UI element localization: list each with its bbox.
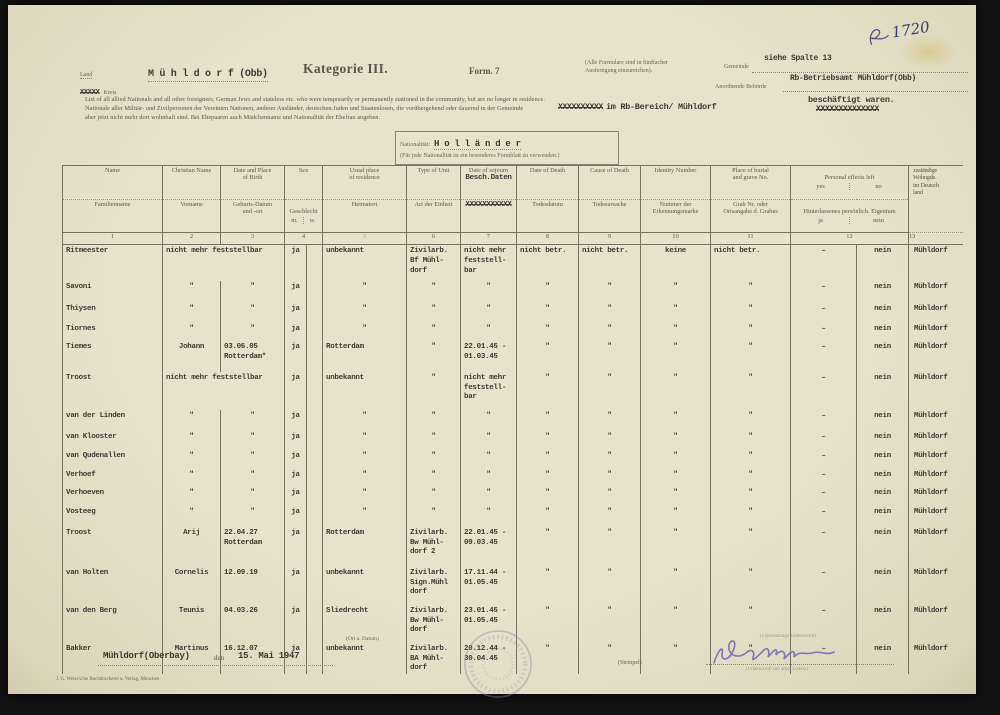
- table-cell: nein: [857, 372, 909, 410]
- table-row: van Klooster""ja"""""""–neinMühldorf: [63, 431, 963, 450]
- table-cell: ": [163, 469, 221, 487]
- table-cell: ": [579, 469, 641, 487]
- col-burial-en: Place of burial and grave No.: [711, 166, 791, 200]
- table-cell: ": [579, 487, 641, 506]
- table-cell: ": [461, 323, 517, 341]
- circular-stamp: [457, 626, 539, 702]
- col-wohngemeinde-typed: zuständige Wohngde. im Deutsch land: [909, 166, 963, 233]
- table-cell: ": [407, 431, 461, 450]
- table-cell: unbekannt: [323, 567, 407, 605]
- table-cell: ": [323, 410, 407, 431]
- table-cell: [307, 450, 323, 469]
- table-cell: ": [641, 303, 711, 323]
- table-cell: Mühldorf: [909, 605, 963, 643]
- table-cell: unbekannt: [323, 643, 407, 674]
- table-cell: nein: [857, 567, 909, 605]
- table-cell: Mühldorf: [909, 372, 963, 410]
- table-cell: Troost: [63, 372, 163, 410]
- col-identity-en: Identity Number: [641, 166, 711, 200]
- table-cell: [307, 372, 323, 410]
- table-cell: ": [323, 431, 407, 450]
- table-cell: unbekannt: [323, 245, 407, 281]
- table-cell: ja: [285, 450, 307, 469]
- table-cell: Mühldorf: [909, 245, 963, 281]
- table-cell: –: [791, 527, 857, 567]
- table-cell: ": [323, 487, 407, 506]
- table-cell: ja: [285, 410, 307, 431]
- table-cell: ": [407, 469, 461, 487]
- date-value: 15. Mai 1947: [238, 651, 299, 661]
- intro-insert-2: beschäftigt waren.: [808, 95, 894, 105]
- table-row: van HoltenCornelis12.09.19jaunbekanntZiv…: [63, 567, 963, 605]
- table-cell: ": [641, 567, 711, 605]
- land-label: Land: [80, 72, 92, 79]
- table-cell: Mühldorf: [909, 487, 963, 506]
- table-cell: Mühldorf: [909, 506, 963, 527]
- table-cell: 12.09.19: [221, 567, 285, 605]
- table-cell: ": [641, 281, 711, 303]
- sex-m-label: m.: [286, 217, 303, 224]
- col-christian-en: Christian Name: [163, 166, 221, 200]
- table-cell: Tiemes: [63, 341, 163, 372]
- table-cell: ": [163, 506, 221, 527]
- table-cell: Vosteeg: [63, 506, 163, 527]
- intro-struck-2: XXXXXXXXXXXXXX: [816, 105, 879, 114]
- table-cell: 22.04.27 Rotterdam: [221, 527, 285, 567]
- nationality-label: Nationalität:: [400, 142, 430, 148]
- table-cell: nein: [857, 431, 909, 450]
- behoerde-label: Anordnende Behörde: [715, 84, 766, 92]
- table-cell: –: [791, 469, 857, 487]
- table-row: Tiornes""ja"""""""–neinMühldorf: [63, 323, 963, 341]
- table-cell: Rotterdam: [323, 527, 407, 567]
- stempel-label: (Stempel): [618, 660, 642, 668]
- col-number: 4: [285, 233, 323, 245]
- col-christian-de: Vorname: [163, 199, 221, 233]
- col-residence-de: Heimatort: [323, 199, 407, 233]
- table-cell: ": [641, 643, 711, 674]
- col-number: 8: [517, 233, 579, 245]
- table-cell: –: [791, 281, 857, 303]
- table-cell: nein: [857, 450, 909, 469]
- table-cell: Mühldorf: [909, 341, 963, 372]
- table-cell: ": [641, 410, 711, 431]
- table-cell: ": [461, 469, 517, 487]
- table-cell: ": [579, 410, 641, 431]
- table-cell: ": [221, 506, 285, 527]
- table-cell: ": [579, 506, 641, 527]
- table-cell: ": [163, 431, 221, 450]
- table-cell: –: [791, 431, 857, 450]
- table-cell: ": [461, 450, 517, 469]
- col-sex-en: Sex: [285, 166, 323, 200]
- table-cell: ": [461, 281, 517, 303]
- table-cell: [307, 341, 323, 372]
- table-row: Savoni""ja"""""""–neinMühldorf: [63, 281, 963, 303]
- col-number: 12: [791, 233, 909, 245]
- table-cell: ja: [285, 487, 307, 506]
- table-row: van der Linden""ja"""""""–neinMühldorf: [63, 410, 963, 431]
- col-unit-de: Art der Einheit: [407, 199, 461, 233]
- table-cell: Mühldorf: [909, 431, 963, 450]
- col-sojourn-en: Date of sojournBesch.Daten: [461, 166, 517, 200]
- table-cell: ": [517, 281, 579, 303]
- table-cell: ja: [285, 605, 307, 643]
- table-cell: –: [791, 372, 857, 410]
- effects-yes-label: yes: [792, 183, 849, 190]
- table-cell: ": [221, 281, 285, 303]
- table-header-row-de: Familienname Vorname Geburts-Datum und -…: [63, 199, 963, 233]
- table-cell: [307, 527, 323, 567]
- table-cell: ": [641, 487, 711, 506]
- ort-datum-label: (Ort u. Datum): [346, 636, 379, 643]
- table-cell: Ritmeester: [63, 245, 163, 281]
- table-cell: ja: [285, 469, 307, 487]
- table-cell: nein: [857, 303, 909, 323]
- table-cell: Mühldorf: [909, 323, 963, 341]
- intro-insert-1: im Rb-Bereich/ Mühldorf: [606, 102, 716, 112]
- table-row: Ritmeesternicht mehr feststellbarjaunbek…: [63, 245, 963, 281]
- table-cell: ": [517, 469, 579, 487]
- table-cell: Rotterdam: [323, 341, 407, 372]
- table-row: Vosteeg""ja"""""""–neinMühldorf: [63, 506, 963, 527]
- table-cell: nein: [857, 341, 909, 372]
- table-cell: nein: [857, 527, 909, 567]
- effects-ja-label: ja: [792, 217, 849, 224]
- col-number: 6: [407, 233, 461, 245]
- table-cell: Verhoef: [63, 469, 163, 487]
- col-death-cause-de: Todesursache: [579, 199, 641, 233]
- table-cell: Arij: [163, 527, 221, 567]
- table-cell: Mühldorf: [909, 469, 963, 487]
- table-cell: ": [163, 450, 221, 469]
- nationality-box: Nationalität: H o l l ä n d e r (Für jed…: [395, 131, 619, 165]
- table-cell: 04.03.26: [221, 605, 285, 643]
- table-cell: 22.01.45 - 01.03.45: [461, 341, 517, 372]
- table-cell: [307, 567, 323, 605]
- table-cell: nein: [857, 281, 909, 303]
- table-cell: ": [711, 303, 791, 323]
- table-cell: ": [579, 643, 641, 674]
- table-cell: ": [163, 487, 221, 506]
- col-number: 2: [163, 233, 221, 245]
- table-cell: –: [791, 323, 857, 341]
- table-cell: ": [711, 487, 791, 506]
- table-cell: [307, 643, 323, 674]
- table-cell: ": [221, 450, 285, 469]
- table-cell: [307, 506, 323, 527]
- signature-label-bottom: (Unterschrift des amtl. Leiters): [746, 667, 808, 673]
- col-number: 10: [641, 233, 711, 245]
- table-cell: ": [461, 431, 517, 450]
- table-cell: ": [163, 410, 221, 431]
- signature: [708, 630, 898, 672]
- table-cell: nein: [857, 410, 909, 431]
- table-cell: ja: [285, 303, 307, 323]
- table-cell: ": [517, 341, 579, 372]
- form-note: (Alle Formulare sind in fünffacher Ausfe…: [585, 60, 668, 75]
- table-cell: nein: [857, 487, 909, 506]
- table-cell: ": [407, 506, 461, 527]
- table-cell: ": [323, 469, 407, 487]
- col-number: 5: [323, 233, 407, 245]
- col-number: 1: [63, 233, 163, 245]
- table-cell: [307, 469, 323, 487]
- table-cell: Mühldorf: [909, 643, 963, 674]
- table-cell: nicht mehr feststellbar: [163, 245, 285, 281]
- table-cell: ": [711, 506, 791, 527]
- den-label: den: [214, 654, 224, 662]
- table-cell: [307, 281, 323, 303]
- col-unit-en: Type of Unit: [407, 166, 461, 200]
- col-effects-de: Hinterlassenes persönlich. Eigentum jane…: [791, 199, 909, 233]
- table-body: Ritmeesternicht mehr feststellbarjaunbek…: [63, 245, 963, 674]
- table-cell: –: [791, 245, 857, 281]
- table-cell: ": [323, 281, 407, 303]
- col-number: 7: [461, 233, 517, 245]
- table-cell: ": [517, 487, 579, 506]
- table-cell: ": [323, 303, 407, 323]
- table-cell: Mühldorf: [909, 567, 963, 605]
- nationality-value: H o l l ä n d e r: [434, 139, 521, 150]
- table-cell: ": [711, 450, 791, 469]
- table-cell: ": [517, 372, 579, 410]
- table-cell: ja: [285, 341, 307, 372]
- land-kreis-block: Land XXXXX Kreis: [80, 63, 117, 99]
- table-cell: ": [407, 410, 461, 431]
- table-cell: ": [641, 450, 711, 469]
- ort-value: Mühldorf(Oberbay): [103, 651, 190, 661]
- table-cell: ": [221, 487, 285, 506]
- table-cell: ja: [285, 567, 307, 605]
- col-death-date-en: Date of Death: [517, 166, 579, 200]
- gemeinde-rule: [752, 71, 968, 73]
- table-cell: Zivilarb. Bw Mühl- dorf: [407, 605, 461, 643]
- col-sex-de: Geschlecht m.w.: [285, 199, 323, 233]
- table-cell: ": [461, 410, 517, 431]
- table-cell: ": [579, 372, 641, 410]
- table-cell: ja: [285, 323, 307, 341]
- col-residence-en: Usual place of residence: [323, 166, 407, 200]
- col-effects-en: Personal effects left yesno: [791, 166, 909, 200]
- table-cell: ": [517, 567, 579, 605]
- table-cell: ja: [285, 506, 307, 527]
- table-cell: ": [579, 323, 641, 341]
- table-cell: nicht betr.: [517, 245, 579, 281]
- gemeinde-label: Gemeinde: [724, 64, 749, 72]
- table-cell: Johann: [163, 341, 221, 372]
- table-cell: [307, 303, 323, 323]
- table-cell: ": [517, 431, 579, 450]
- table-cell: van den Berg: [63, 605, 163, 643]
- col-death-date-de: Todesdatum: [517, 199, 579, 233]
- table-row: Thiysen""ja"""""""–neinMühldorf: [63, 303, 963, 323]
- table-cell: ": [579, 303, 641, 323]
- table-cell: ": [579, 567, 641, 605]
- table-cell: ": [461, 487, 517, 506]
- col-number: 9: [579, 233, 641, 245]
- table-cell: van der Linden: [63, 410, 163, 431]
- table-cell: ": [641, 372, 711, 410]
- table-cell: ": [517, 450, 579, 469]
- table-cell: –: [791, 303, 857, 323]
- table-cell: nein: [857, 506, 909, 527]
- table-cell: van Qudenallen: [63, 450, 163, 469]
- col-number: 11: [711, 233, 791, 245]
- table-cell: ": [641, 323, 711, 341]
- table-cell: nicht betr.: [579, 245, 641, 281]
- table-cell: ": [517, 506, 579, 527]
- table-cell: ": [579, 431, 641, 450]
- col-burial-de: Grab Nr. oder Ortsangabe d. Grabes: [711, 199, 791, 233]
- table-cell: ": [461, 303, 517, 323]
- table-cell: ": [711, 431, 791, 450]
- table-cell: ": [641, 605, 711, 643]
- table-cell: –: [791, 567, 857, 605]
- table-cell: ": [221, 303, 285, 323]
- table-cell: nein: [857, 245, 909, 281]
- table-cell: ": [407, 450, 461, 469]
- col-sojourn-struck: XXXXXXXXXXX: [461, 199, 517, 233]
- table-cell: ": [517, 303, 579, 323]
- table-cell: [307, 245, 323, 281]
- table-cell: ": [711, 323, 791, 341]
- table-cell: ": [641, 341, 711, 372]
- table-cell: nein: [857, 323, 909, 341]
- table-cell: ": [711, 372, 791, 410]
- persons-table: Name Christian Name Date and Place of Bi…: [62, 165, 963, 674]
- table-cell: van Holten: [63, 567, 163, 605]
- table-row: van Qudenallen""ja"""""""–neinMühldorf: [63, 450, 963, 469]
- nationality-note: (Für jede Nationalität ist ein besondere…: [400, 153, 614, 161]
- col-number-13: 13: [909, 233, 963, 245]
- table-cell: ": [407, 372, 461, 410]
- table-cell: ": [711, 567, 791, 605]
- table-cell: –: [791, 410, 857, 431]
- table-row: Verhoef""ja"""""""–neinMühldorf: [63, 469, 963, 487]
- table-cell: ": [711, 469, 791, 487]
- table-cell: ": [579, 605, 641, 643]
- table-cell: nicht mehr feststell- bar: [461, 372, 517, 410]
- table-header-row-numbers: 1 2 3 4 5 6 7 8 9 10 11 12 13: [63, 233, 963, 245]
- col-death-cause-en: Cause of Death: [579, 166, 641, 200]
- col-identity-de: Nummer der Erkennungsmarke: [641, 199, 711, 233]
- effects-no-label: no: [849, 183, 907, 190]
- table-cell: Savoni: [63, 281, 163, 303]
- table-cell: ": [461, 506, 517, 527]
- table-cell: nicht mehr feststellbar: [163, 372, 285, 410]
- table-cell: 17.11.44 - 01.05.45: [461, 567, 517, 605]
- intro-struck-1: XXXXXXXXXX: [558, 103, 603, 112]
- table-cell: –: [791, 506, 857, 527]
- table-cell: ": [221, 323, 285, 341]
- table-cell: ": [641, 469, 711, 487]
- col-birth-de: Geburts-Datum und -ort: [221, 199, 285, 233]
- col-birth-en: Date and Place of Birth: [221, 166, 285, 200]
- table-cell: ": [641, 506, 711, 527]
- table-cell: ": [407, 323, 461, 341]
- table-cell: keine: [641, 245, 711, 281]
- table-cell: [307, 487, 323, 506]
- table-cell: [307, 605, 323, 643]
- table-cell: ": [711, 341, 791, 372]
- table-header-row-en: Name Christian Name Date and Place of Bi…: [63, 166, 963, 200]
- table-cell: ": [221, 469, 285, 487]
- table-cell: Tiornes: [63, 323, 163, 341]
- table-cell: 22.01.45 - 09.03.45: [461, 527, 517, 567]
- handwriting-flourish-icon: [865, 22, 894, 50]
- table-cell: –: [791, 487, 857, 506]
- sex-w-label: w.: [303, 217, 321, 224]
- table-cell: ": [517, 410, 579, 431]
- table-cell: ": [163, 323, 221, 341]
- table-cell: Zivilarb. Sign.Mühl dorf: [407, 567, 461, 605]
- table-cell: Zivilarb. Bw Mühl- dorf 2: [407, 527, 461, 567]
- table-cell: Mühldorf: [909, 410, 963, 431]
- table-cell: Thiysen: [63, 303, 163, 323]
- table-cell: ja: [285, 372, 307, 410]
- table-cell: Troost: [63, 527, 163, 567]
- table-cell: Verhoeven: [63, 487, 163, 506]
- col-name-en: Name: [63, 166, 163, 200]
- besch-daten-typed: Besch.Daten: [465, 174, 511, 182]
- table-cell: ": [221, 410, 285, 431]
- table-cell: ": [641, 431, 711, 450]
- form-label: Form. 7: [469, 66, 500, 76]
- kreis-value: M ü h l d o r f (Obb): [148, 69, 268, 82]
- table-cell: ": [323, 450, 407, 469]
- table-cell: nein: [857, 469, 909, 487]
- table-row: Verhoeven""ja"""""""–neinMühldorf: [63, 487, 963, 506]
- table-cell: ": [407, 487, 461, 506]
- table-cell: ": [711, 281, 791, 303]
- table-cell: ": [163, 303, 221, 323]
- printer-imprint: J. G. Weiss'sche Buchdruckerei u. Verlag…: [56, 677, 159, 683]
- intro-line1: List of all allied Nationals and all oth…: [85, 96, 915, 103]
- table-cell: nicht mehr feststell- bar: [461, 245, 517, 281]
- table-cell: Zivilarb. Bf Mühl- dorf: [407, 245, 461, 281]
- table-row: TiemesJohann03.06.05 Rotterdam*jaRotterd…: [63, 341, 963, 372]
- table-cell: 03.06.05 Rotterdam*: [221, 341, 285, 372]
- kategorie-title: Kategorie III.: [303, 61, 388, 77]
- table-cell: ": [221, 431, 285, 450]
- table-cell: [307, 323, 323, 341]
- table-cell: ": [323, 506, 407, 527]
- table-cell: nicht betr.: [711, 245, 791, 281]
- table-cell: –: [791, 450, 857, 469]
- paper-sheet: 1720 Land XXXXX Kreis M ü h l d o r f (O…: [8, 5, 976, 694]
- col-name-de: Familienname: [63, 199, 163, 233]
- table-cell: ja: [285, 245, 307, 281]
- table-cell: –: [791, 341, 857, 372]
- table-cell: ": [163, 281, 221, 303]
- table-row: Troostnicht mehr feststellbarjaunbekannt…: [63, 372, 963, 410]
- table-cell: unbekannt: [323, 372, 407, 410]
- effects-nein-label: nein: [849, 217, 907, 224]
- col-number: 3: [221, 233, 285, 245]
- table-row: TroostArij22.04.27 RotterdamjaRotterdamZ…: [63, 527, 963, 567]
- table-cell: Mühldorf: [909, 450, 963, 469]
- intro-line3: aber jetzt nicht mehr dort wohnhaft sind…: [85, 114, 645, 121]
- table-cell: Cornelis: [163, 567, 221, 605]
- date-rule: [98, 664, 333, 666]
- table-cell: Teunis: [163, 605, 221, 643]
- table-cell: ": [711, 527, 791, 567]
- scanned-document: 1720 Land XXXXX Kreis M ü h l d o r f (O…: [0, 0, 1000, 715]
- gemeinde-value: siehe Spalte 13: [764, 54, 832, 63]
- table-cell: ja: [285, 281, 307, 303]
- table-cell: van Klooster: [63, 431, 163, 450]
